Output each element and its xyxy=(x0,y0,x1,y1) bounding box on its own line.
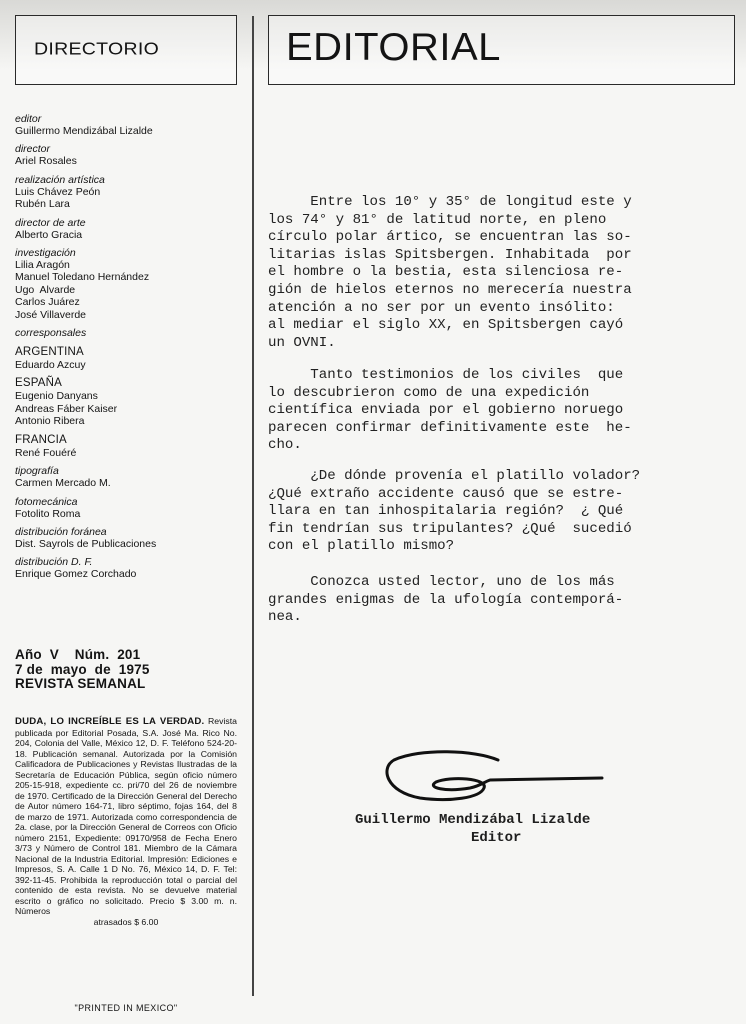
staff-name: Carlos Juárez xyxy=(15,296,240,308)
editorial-paragraph: Conozca usted lector, uno de los más gra… xyxy=(268,574,718,627)
signature-title: Editor xyxy=(471,830,521,846)
staff-name: Eugenio Danyans xyxy=(15,390,240,402)
country-label: ESPAÑA xyxy=(15,377,240,390)
staff-name: Antonio Ribera xyxy=(15,415,240,427)
role-label: tipografía xyxy=(15,465,240,477)
staff-name: José Villaverde xyxy=(15,309,240,321)
staff-entry-research: investigación Lilia Aragón Manuel Toleda… xyxy=(15,247,240,321)
correspondent-espana: ESPAÑA Eugenio Danyans Andreas Fáber Kai… xyxy=(15,377,240,427)
column-divider xyxy=(252,16,254,996)
editorial-header-box: EDITORIAL xyxy=(268,15,735,85)
staff-entry-foreign-distribution: distribución foránea Dist. Sayrols de Pu… xyxy=(15,526,240,550)
staff-name: Luis Chávez Peón xyxy=(15,186,240,198)
country-label: FRANCIA xyxy=(15,434,240,447)
staff-name: Ariel Rosales xyxy=(15,155,240,167)
staff-name: Dist. Sayrols de Publicaciones xyxy=(15,538,240,550)
staff-name: René Fouéré xyxy=(15,447,240,459)
role-label: realización artística xyxy=(15,174,240,186)
correspondent-argentina: ARGENTINA Eduardo Azcuy xyxy=(15,346,240,371)
role-label: fotomecánica xyxy=(15,496,240,508)
correspondents-label: corresponsales xyxy=(15,327,240,339)
staff-entry-art-production: realización artística Luis Chávez Peón R… xyxy=(15,174,240,211)
issue-number: Año V Núm. 201 xyxy=(15,648,240,663)
editorial-paragraph: Entre los 10° y 35° de longitud este y l… xyxy=(268,194,718,352)
legal-headline: DUDA, LO INCREÍBLE ES LA VERDAD. xyxy=(15,716,204,727)
role-label: distribución foránea xyxy=(15,526,240,538)
staff-name: Carmen Mercado M. xyxy=(15,477,240,489)
editorial-paragraph: Tanto testimonios de los civiles que lo … xyxy=(268,367,718,455)
editorial-paragraph: ¿De dónde provenía el platillo volador? … xyxy=(268,468,718,556)
role-label: editor xyxy=(15,113,240,125)
correspondent-francia: FRANCIA René Fouéré xyxy=(15,434,240,459)
directorio-header-box: DIRECTORIO xyxy=(15,15,237,85)
staff-entry-art-director: director de arte Alberto Gracia xyxy=(15,217,240,241)
staff-name: Eduardo Azcuy xyxy=(15,359,240,371)
issue-info: Año V Núm. 201 7 de mayo de 1975 REVISTA… xyxy=(15,648,240,692)
staff-entry-photomechanics: fotomecánica Fotolito Roma xyxy=(15,496,240,520)
staff-name: Ugo Alvarde xyxy=(15,284,240,296)
role-label: distribución D. F. xyxy=(15,556,240,568)
signature-name: Guillermo Mendizábal Lizalde xyxy=(355,812,590,828)
role-label: investigación xyxy=(15,247,240,259)
legal-notice: DUDA, LO INCREÍBLE ES LA VERDAD. Revista… xyxy=(15,716,237,927)
directorio-title: DIRECTORIO xyxy=(34,39,159,60)
staff-name: Rubén Lara xyxy=(15,198,240,210)
staff-name: Guillermo Mendizábal Lizalde xyxy=(15,125,240,137)
issue-frequency: REVISTA SEMANAL xyxy=(15,677,240,692)
staff-name: Alberto Gracia xyxy=(15,229,240,241)
signature-icon xyxy=(380,748,610,808)
staff-list: editor Guillermo Mendizábal Lizalde dire… xyxy=(15,113,240,581)
issue-date: 7 de mayo de 1975 xyxy=(15,663,240,678)
staff-name: Manuel Toledano Hernández xyxy=(15,271,240,283)
staff-entry-director: director Ariel Rosales xyxy=(15,143,240,167)
legal-back-issues: atrasados $ 6.00 xyxy=(15,917,237,928)
editorial-title: EDITORIAL xyxy=(286,25,501,69)
country-label: ARGENTINA xyxy=(15,346,240,359)
staff-entry-typography: tipografía Carmen Mercado M. xyxy=(15,465,240,489)
legal-body: Revista publicada por Editorial Posada, … xyxy=(15,716,237,916)
staff-name: Fotolito Roma xyxy=(15,508,240,520)
staff-name: Lilia Aragón xyxy=(15,259,240,271)
role-label: director xyxy=(15,143,240,155)
printed-in-mexico: "PRINTED IN MEXICO" xyxy=(15,1003,237,1013)
staff-entry-df-distribution: distribución D. F. Enrique Gomez Corchad… xyxy=(15,556,240,580)
role-label: director de arte xyxy=(15,217,240,229)
staff-name: Andreas Fáber Kaiser xyxy=(15,403,240,415)
staff-name: Enrique Gomez Corchado xyxy=(15,568,240,580)
staff-entry-editor: editor Guillermo Mendizábal Lizalde xyxy=(15,113,240,137)
